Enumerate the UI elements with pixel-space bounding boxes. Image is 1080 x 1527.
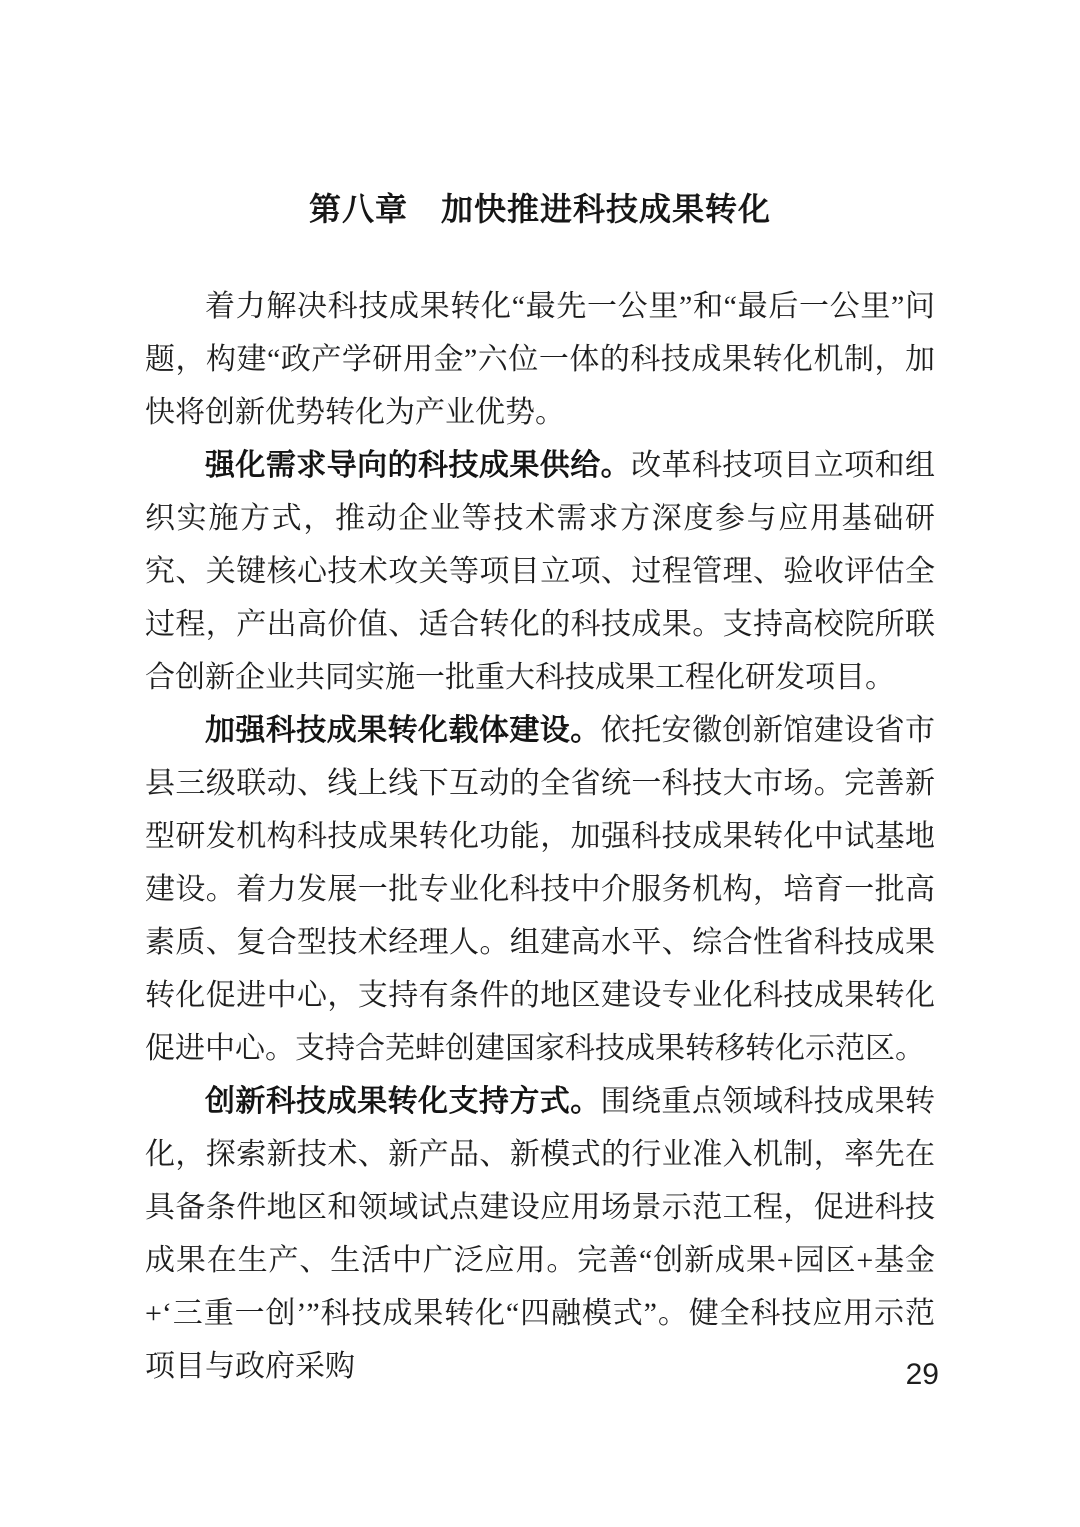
document-page: 第八章 加快推进科技成果转化 着力解决科技成果转化“最先一公里”和“最后一公里”… bbox=[0, 0, 1080, 1527]
chapter-title: 第八章 加快推进科技成果转化 bbox=[145, 186, 935, 232]
paragraph-lead: 创新科技成果转化支持方式。 bbox=[205, 1085, 601, 1118]
paragraph-lead: 强化需求导向的科技成果供给。 bbox=[205, 449, 631, 482]
paragraph: 强化需求导向的科技成果供给。改革科技项目立项和组织实施方式，推动企业等技术需求方… bbox=[145, 439, 935, 704]
paragraph-lead: 加强科技成果转化载体建设。 bbox=[205, 714, 601, 747]
page-number: 29 bbox=[906, 1358, 939, 1392]
paragraph-text: 着力解决科技成果转化“最先一公里”和“最后一公里”问题，构建“政产学研用金”六位… bbox=[145, 290, 935, 429]
paragraph-text: 改革科技项目立项和组织实施方式，推动企业等技术需求方深度参与应用基础研究、关键核… bbox=[145, 449, 935, 694]
paragraph: 加强科技成果转化载体建设。依托安徽创新馆建设省市县三级联动、线上线下互动的全省统… bbox=[145, 704, 935, 1075]
paragraph-text: 依托安徽创新馆建设省市县三级联动、线上线下互动的全省统一科技大市场。完善新型研发… bbox=[145, 714, 935, 1065]
paragraph-text: 围绕重点领域科技成果转化，探索新技术、新产品、新模式的行业准入机制，率先在具备条… bbox=[145, 1085, 935, 1383]
paragraph: 创新科技成果转化支持方式。围绕重点领域科技成果转化，探索新技术、新产品、新模式的… bbox=[145, 1075, 935, 1393]
paragraph: 着力解决科技成果转化“最先一公里”和“最后一公里”问题，构建“政产学研用金”六位… bbox=[145, 280, 935, 439]
